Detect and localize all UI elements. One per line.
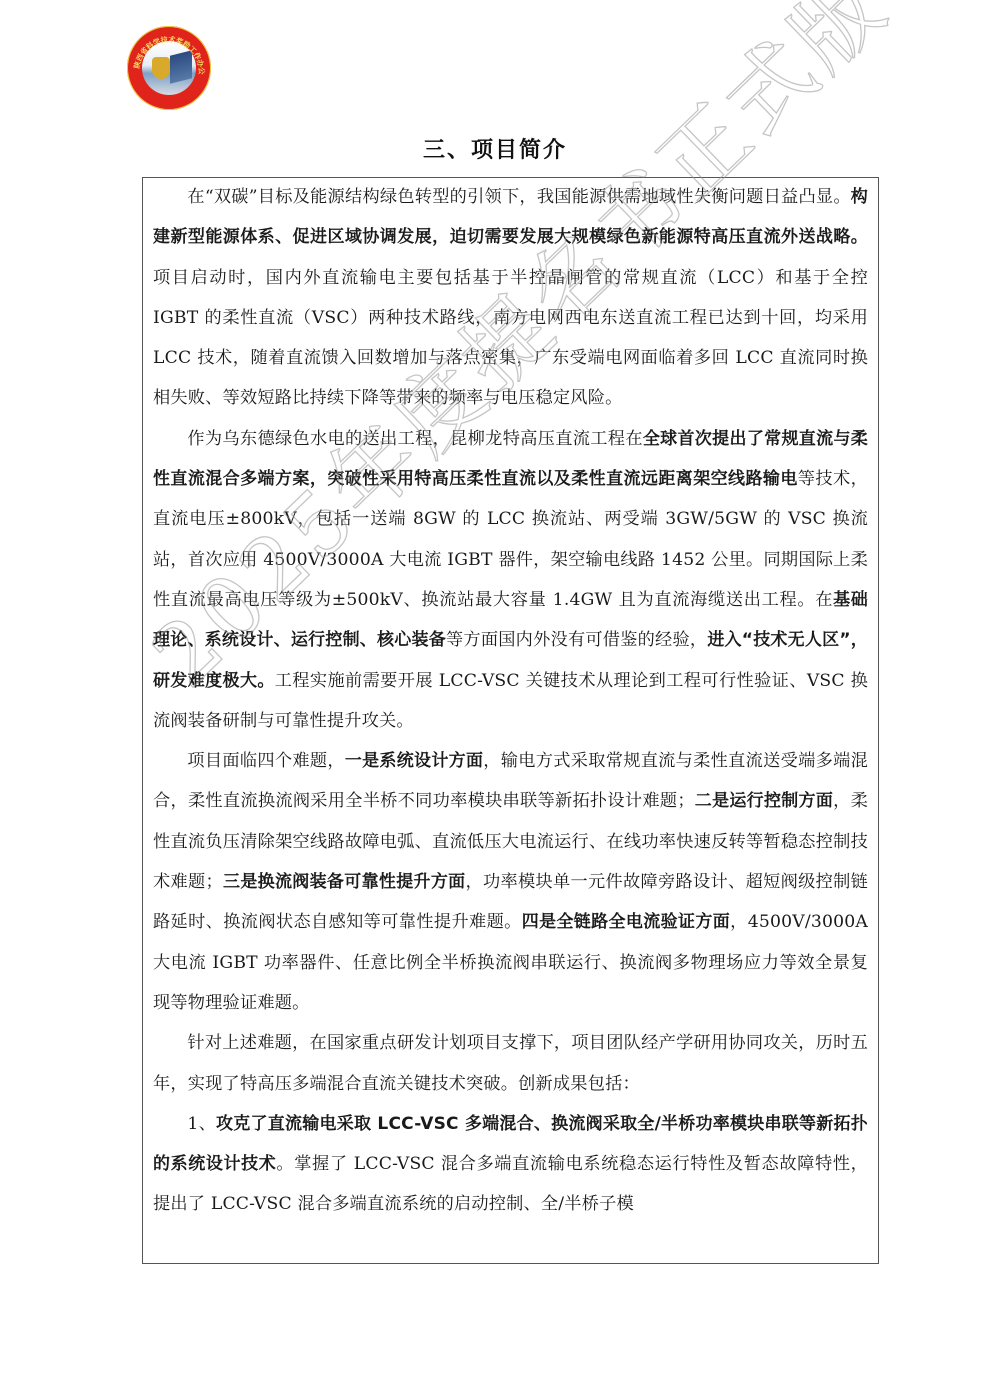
- emphasized-text: 三是换流阀装备可靠性提升方面: [223, 872, 466, 892]
- emphasized-text: 一是系统设计方面: [345, 751, 483, 771]
- project-summary-box: 在“双碳”目标及能源结构绿色转型的引领下，我国能源供需地域性失衡问题日益凸显。构…: [142, 177, 879, 1264]
- body-text: 等技术，直流电压±800kV，包括一送端 8GW 的 LCC 换流站、两受端 3…: [153, 469, 868, 610]
- body-text: 项目启动时，国内外直流输电主要包括基于半控晶闸管的常规直流（LCC）和基于全控 …: [153, 268, 868, 409]
- section-title: 三、项目简介: [0, 133, 990, 164]
- seal-ring-text: 陕西省科学技术奖励工作办公室: [127, 26, 211, 110]
- body-text: 等方面国内外没有可借鉴的经验，: [446, 630, 707, 650]
- emphasized-text: 二是运行控制方面: [695, 791, 833, 811]
- summary-paragraph: 作为乌东德绿色水电的送出工程，昆柳龙特高压直流工程在全球首次提出了常规直流与柔性…: [153, 419, 868, 741]
- body-text: 作为乌东德绿色水电的送出工程，昆柳龙特高压直流工程在: [187, 429, 642, 449]
- svg-text:陕西省科学技术奖励工作办公室: 陕西省科学技术奖励工作办公室: [127, 26, 206, 75]
- body-text: 在“双碳”目标及能源结构绿色转型的引领下，我国能源供需地域性失衡问题日益凸显。: [187, 187, 850, 207]
- body-text: 针对上述难题，在国家重点研发计划项目支撑下，项目团队经产学研用协同攻关，历时五年…: [153, 1033, 868, 1093]
- seal-emblem: 陕西省科学技术奖励工作办公室: [127, 26, 211, 110]
- summary-paragraph: 在“双碳”目标及能源结构绿色转型的引领下，我国能源供需地域性失衡问题日益凸显。构…: [153, 177, 868, 419]
- emphasized-text: 四是全链路全电流验证方面: [522, 912, 730, 932]
- body-text: 1、: [187, 1114, 216, 1134]
- summary-paragraph: 针对上述难题，在国家重点研发计划项目支撑下，项目团队经产学研用协同攻关，历时五年…: [153, 1023, 868, 1104]
- summary-paragraph: 项目面临四个难题，一是系统设计方面，输电方式采取常规直流与柔性直流送受端多端混合…: [153, 741, 868, 1023]
- summary-paragraph: 1、攻克了直流输电采取 LCC-VSC 多端混合、换流阀采取全/半桥功率模块串联…: [153, 1104, 868, 1225]
- body-text: 项目面临四个难题，: [187, 751, 344, 771]
- seal-arc-label: 陕西省科学技术奖励工作办公室: [127, 26, 206, 75]
